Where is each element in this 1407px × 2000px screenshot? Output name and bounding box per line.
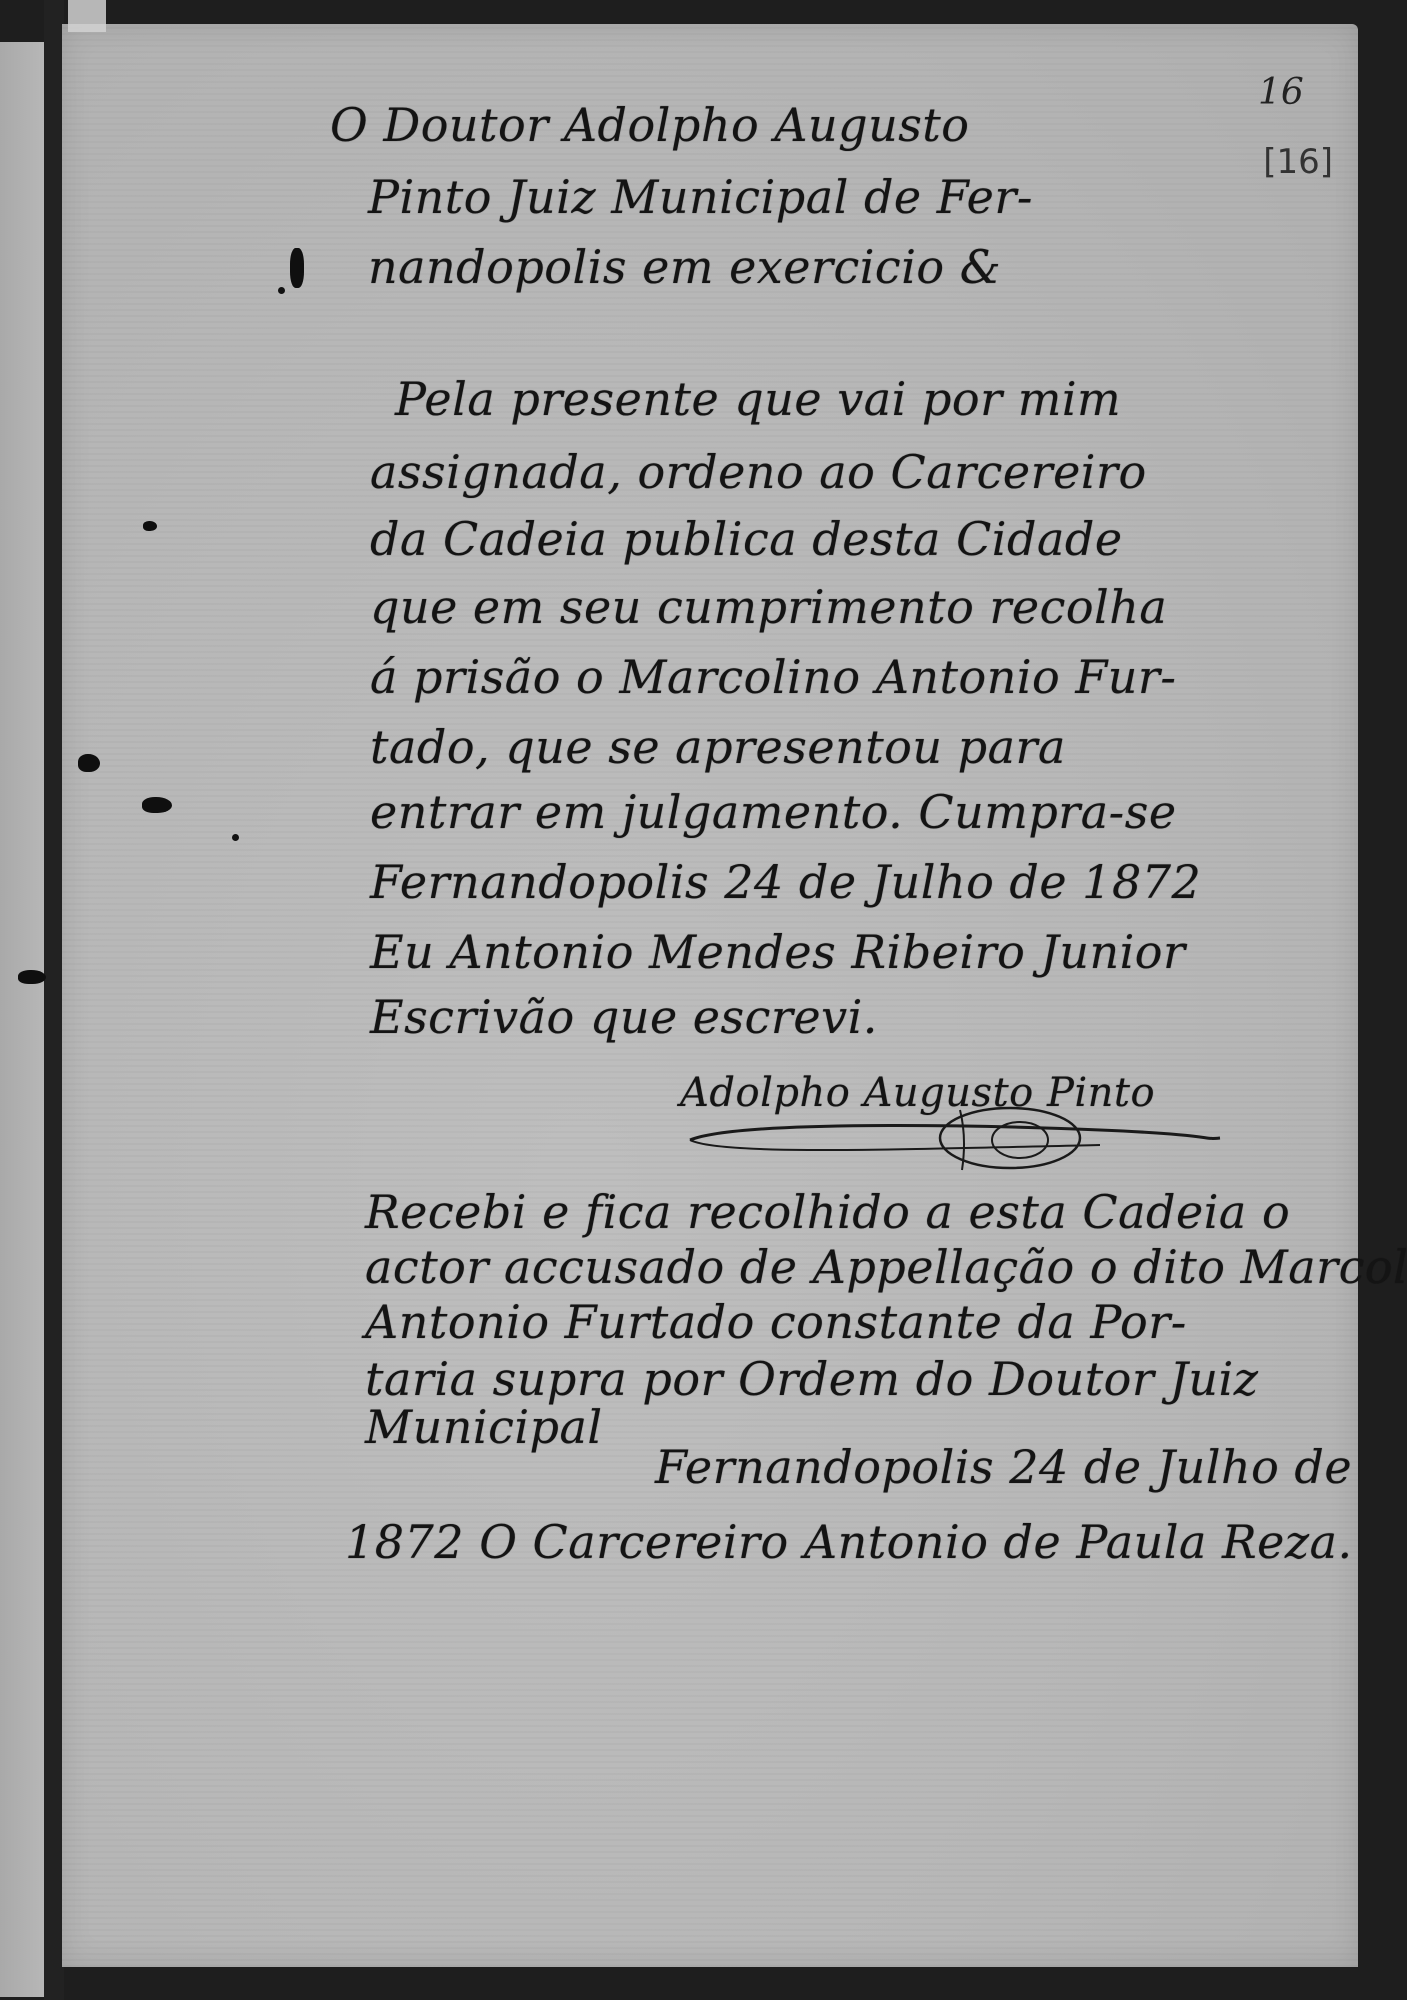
folio-number-bracketed: [16] (1263, 142, 1333, 182)
previous-page-edge (0, 42, 44, 1997)
ink-mark (290, 248, 304, 288)
order-line-2: assignada, ordeno ao Carcereiro (370, 445, 1147, 499)
ink-dot (278, 287, 285, 294)
order-line-5: á prisão o Marcolino Antonio Fur- (370, 650, 1176, 704)
receipt-line-2: actor accusado de Appellação o dito Marc… (365, 1240, 1407, 1294)
receipt-line-1: Recebi e fica recolhido a esta Cadeia o (365, 1185, 1290, 1239)
receipt-line-5: Municipal (365, 1400, 603, 1454)
ink-blot (78, 754, 100, 772)
folio-number-handwritten: 16 (1258, 72, 1304, 113)
receipt-line-4: taria supra por Ordem do Doutor Juiz (365, 1352, 1259, 1406)
signature-flourish (680, 1100, 1240, 1190)
receipt-line-3: Antonio Furtado constante da Por- (365, 1295, 1187, 1349)
ink-blot (142, 797, 172, 813)
order-line-10: Escrivão que escrevi. (370, 990, 878, 1044)
order-line-4: que em seu cumprimento recolha (370, 580, 1167, 634)
heading-line-1: O Doutor Adolpho Augusto (330, 98, 970, 152)
receipt-date-line: Fernandopolis 24 de Julho de (655, 1440, 1352, 1494)
order-line-7: entrar em julgamento. Cumpra-se (370, 785, 1177, 839)
ink-blot (143, 521, 157, 531)
order-line-1: Pela presente que vai por mim (395, 372, 1121, 426)
receipt-closing: 1872 O Carcereiro Antonio de Paula Reza. (345, 1515, 1353, 1569)
ink-blot (18, 970, 46, 984)
order-line-9: Eu Antonio Mendes Ribeiro Junior (370, 925, 1185, 979)
order-line-8: Fernandopolis 24 de Julho de 1872 (370, 855, 1201, 909)
binding-gutter (44, 0, 64, 2000)
heading-line-3: nandopolis em exercicio & (368, 240, 1001, 294)
heading-line-2: Pinto Juiz Municipal de Fer- (368, 170, 1033, 224)
tape-fragment (68, 0, 106, 32)
order-line-6: tado, que se apresentou para (370, 720, 1066, 774)
order-line-3: da Cadeia publica desta Cidade (370, 512, 1123, 566)
ink-dot (232, 834, 239, 841)
